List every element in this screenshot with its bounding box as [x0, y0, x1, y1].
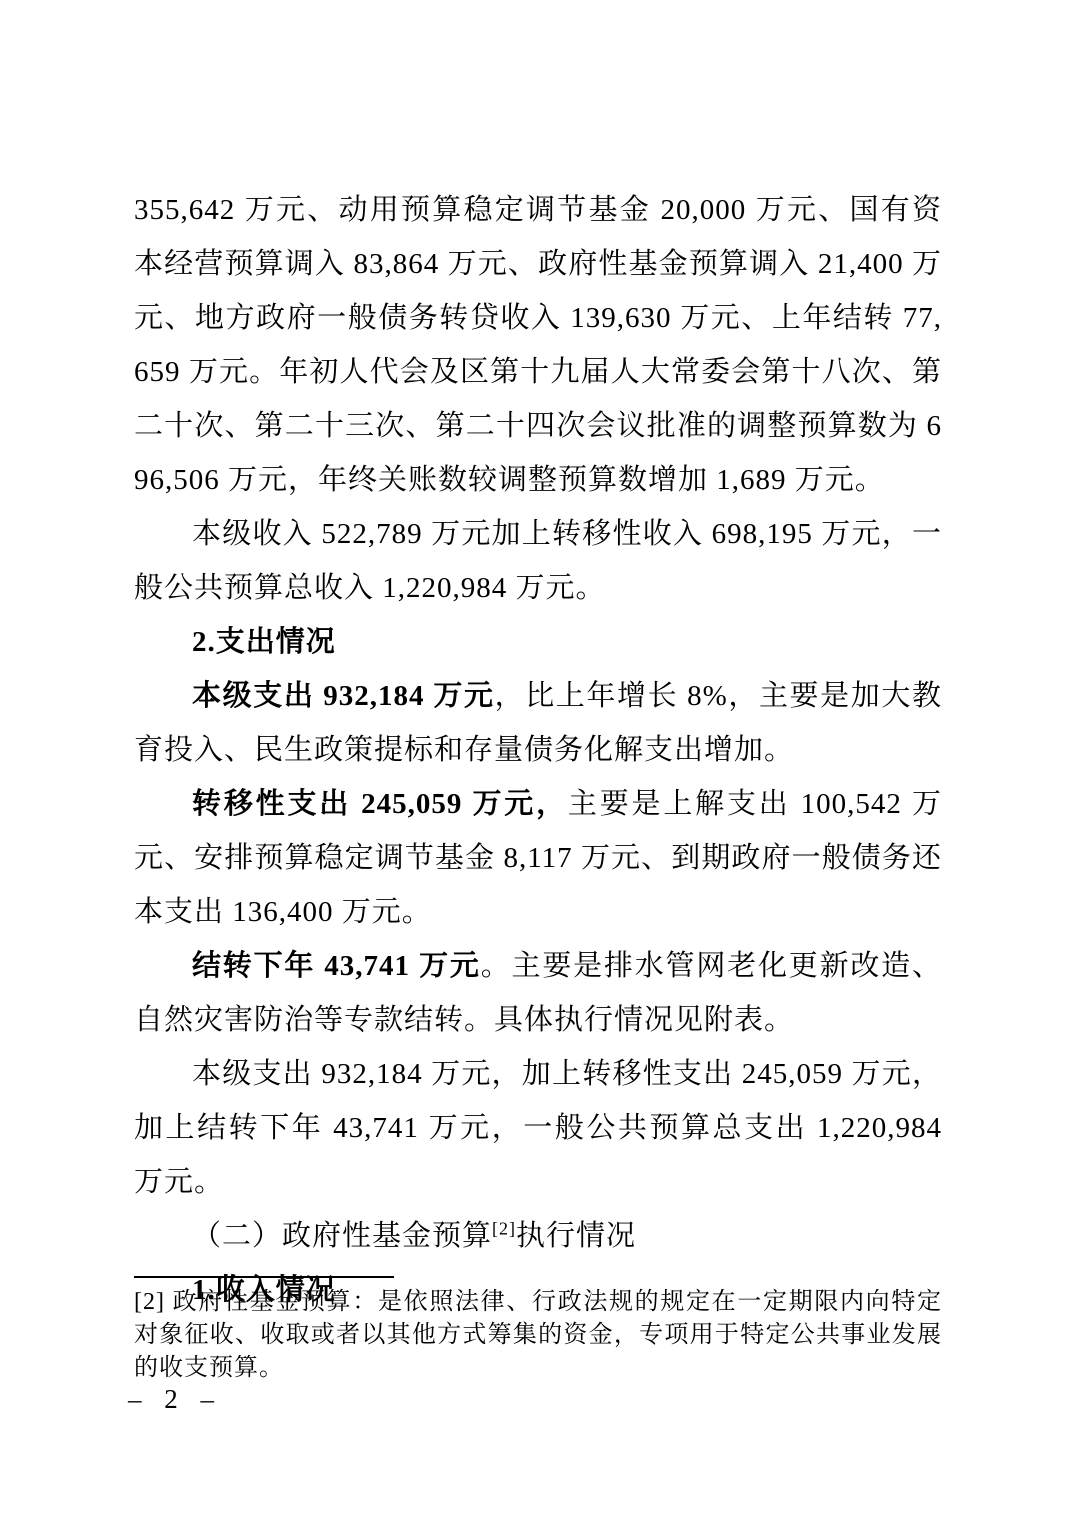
emphasis-text: 2.支出情况 — [192, 626, 336, 658]
paragraph-own-level-expenditure: 本级支出 932,184 万元，比上年增长 8%，主要是加大教育投入、民生政策提… — [134, 669, 942, 777]
footnote-reference: [2] — [492, 1218, 516, 1238]
heading-expenditure-situation: 2.支出情况 — [134, 615, 942, 669]
body-text: 执行情况 — [516, 1220, 636, 1252]
paragraph-expenditure-total: 本级支出 932,184 万元，加上转移性支出 245,059 万元，加上结转下… — [134, 1047, 942, 1209]
paragraph-revenue-total: 本级收入 522,789 万元加上转移性收入 698,195 万元，一般公共预算… — [134, 507, 942, 615]
heading-government-fund-budget: （二）政府性基金预算[2]执行情况 — [134, 1209, 942, 1263]
body-text: 355,642 万元、动用预算稳定调节基金 20,000 万元、国有资本经营预算… — [134, 194, 942, 496]
document-body: 355,642 万元、动用预算稳定调节基金 20,000 万元、国有资本经营预算… — [134, 183, 942, 1317]
paragraph-carryforward-next-year: 结转下年 43,741 万元。主要是排水管网老化更新改造、自然灾害防治等专款结转… — [134, 939, 942, 1047]
emphasis-text: 结转下年 43,741 万元 — [192, 950, 481, 982]
footnote-area: [2] 政府性基金预算：是依照法律、行政法规的规定在一定期限内向特定对象征收、收… — [134, 1286, 942, 1385]
paragraph-revenue-carryover: 355,642 万元、动用预算稳定调节基金 20,000 万元、国有资本经营预算… — [134, 183, 942, 507]
body-text: 本级支出 932,184 万元，加上转移性支出 245,059 万元，加上结转下… — [134, 1058, 942, 1198]
body-text: 本级收入 522,789 万元加上转移性收入 698,195 万元，一般公共预算… — [134, 518, 942, 604]
emphasis-text: 本级支出 932,184 万元 — [192, 680, 495, 712]
footnote: [2] 政府性基金预算：是依照法律、行政法规的规定在一定期限内向特定对象征收、收… — [134, 1286, 942, 1385]
page-number: – 2 – — [128, 1384, 222, 1415]
paragraph-transfer-expenditure: 转移性支出 245,059 万元，主要是上解支出 100,542 万元、安排预算… — [134, 777, 942, 939]
footnote-separator — [134, 1276, 394, 1278]
footnote-marker: [2] — [134, 1289, 173, 1315]
footnote-text: 政府性基金预算：是依照法律、行政法规的规定在一定期限内向特定对象征收、收取或者以… — [134, 1289, 942, 1381]
emphasis-text: 转移性支出 245,059 万元， — [192, 788, 568, 820]
document-page: 355,642 万元、动用预算稳定调节基金 20,000 万元、国有资本经营预算… — [0, 0, 1074, 1520]
body-text: （二）政府性基金预算 — [192, 1220, 492, 1252]
